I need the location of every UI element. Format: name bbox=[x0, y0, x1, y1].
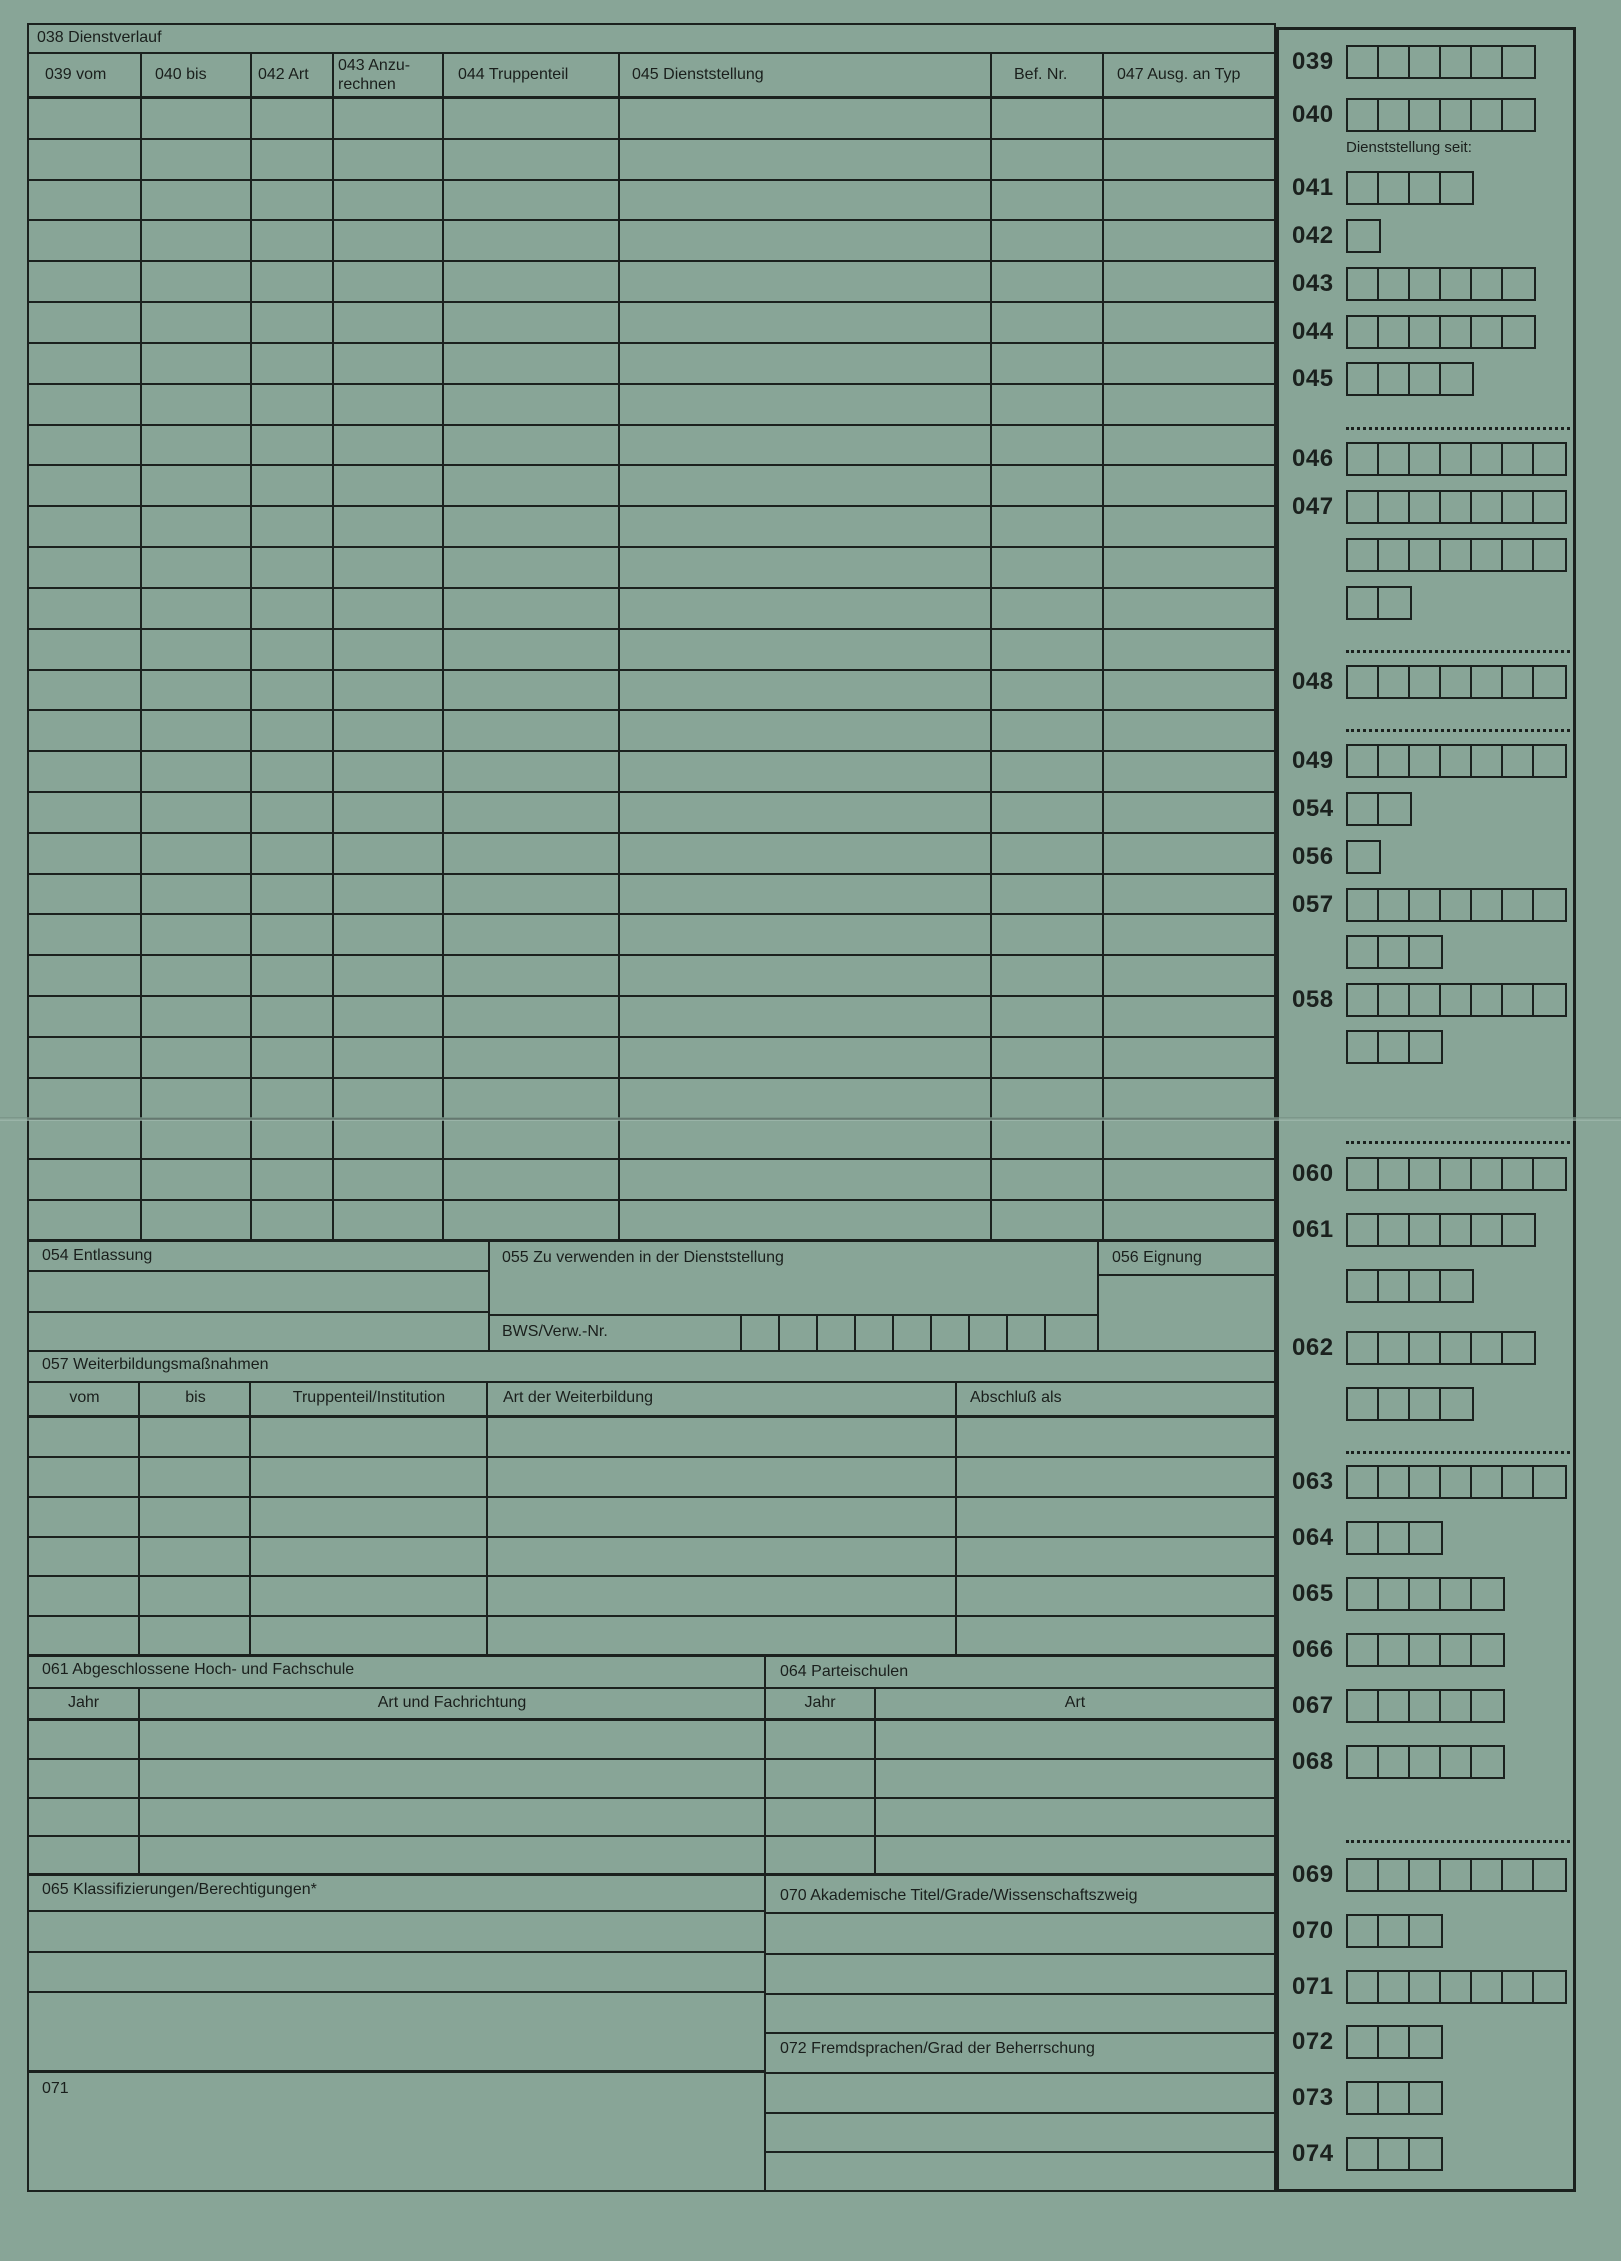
digit-cell[interactable] bbox=[1534, 1972, 1565, 2002]
code-044-cells[interactable] bbox=[1346, 315, 1536, 349]
row-line bbox=[27, 873, 1276, 875]
digit-cell[interactable] bbox=[1379, 1860, 1410, 1890]
entlassung-title: 054 Entlassung bbox=[42, 1248, 152, 1264]
field-code-048: 048 bbox=[1292, 668, 1334, 696]
col-line bbox=[250, 52, 252, 1240]
digit-cell[interactable] bbox=[1503, 492, 1534, 522]
bws-digit-cell[interactable] bbox=[740, 1314, 778, 1352]
code-048-cells[interactable] bbox=[1346, 665, 1567, 699]
digit-cell[interactable] bbox=[1441, 1747, 1472, 1777]
field-code-070: 070 bbox=[1292, 1917, 1334, 1945]
digit-cell[interactable] bbox=[1441, 173, 1472, 203]
digit-cell[interactable] bbox=[1410, 1271, 1441, 1301]
digit-cell[interactable] bbox=[1348, 1159, 1379, 1189]
digit-cell[interactable] bbox=[1472, 1747, 1503, 1777]
bws-digit-cell[interactable] bbox=[1006, 1314, 1044, 1352]
digit-cell[interactable] bbox=[1410, 2139, 1441, 2169]
digit-cell[interactable] bbox=[1441, 100, 1472, 130]
bws-digit-cell[interactable] bbox=[930, 1314, 968, 1352]
digit-cell[interactable] bbox=[1348, 1579, 1379, 1609]
digit-cell[interactable] bbox=[1534, 540, 1565, 570]
digit-cell[interactable] bbox=[1472, 540, 1503, 570]
digit-cell[interactable] bbox=[1348, 173, 1379, 203]
fremdsprachen-field-1[interactable] bbox=[766, 2074, 1274, 2111]
digit-cell[interactable] bbox=[1410, 1523, 1441, 1553]
col-line bbox=[140, 52, 142, 1240]
digit-cell[interactable] bbox=[1348, 1215, 1379, 1245]
digit-cell[interactable] bbox=[1348, 221, 1379, 251]
code-058-cells[interactable] bbox=[1346, 983, 1567, 1017]
digit-cell[interactable] bbox=[1348, 269, 1379, 299]
code-065-cells[interactable] bbox=[1346, 1577, 1505, 1611]
entlassung-field-1[interactable] bbox=[29, 1272, 486, 1310]
digit-cell[interactable] bbox=[1348, 47, 1379, 77]
code-046-cells[interactable] bbox=[1346, 442, 1567, 476]
digit-cell[interactable] bbox=[1379, 1271, 1410, 1301]
code-056-cells[interactable] bbox=[1346, 840, 1381, 874]
digit-cell[interactable] bbox=[1410, 667, 1441, 697]
digit-cell[interactable] bbox=[1379, 444, 1410, 474]
digit-cell[interactable] bbox=[1503, 1159, 1534, 1189]
digit-cell[interactable] bbox=[1348, 1635, 1379, 1665]
code-061-cells[interactable] bbox=[1346, 1213, 1536, 1247]
digit-cell[interactable] bbox=[1472, 1972, 1503, 2002]
digit-cell[interactable] bbox=[1534, 492, 1565, 522]
weiterbildung-title: 057 Weiterbildungsmaßnahmen bbox=[42, 1357, 269, 1373]
code-068-cells[interactable] bbox=[1346, 1745, 1505, 1779]
digit-cell[interactable] bbox=[1410, 985, 1441, 1015]
code-060-cells[interactable] bbox=[1346, 1157, 1567, 1191]
row-line bbox=[27, 219, 1276, 221]
digit-cell[interactable] bbox=[1534, 746, 1565, 776]
parteischulen-title: 064 Parteischulen bbox=[780, 1664, 908, 1680]
field-code-049: 049 bbox=[1292, 747, 1334, 775]
digit-cell[interactable] bbox=[1379, 588, 1410, 618]
col-header-bef-nr: Bef. Nr. bbox=[1014, 67, 1067, 83]
digit-cell[interactable] bbox=[1472, 1467, 1503, 1497]
digit-cell[interactable] bbox=[1441, 317, 1472, 347]
digit-cell[interactable] bbox=[1348, 746, 1379, 776]
digit-cell[interactable] bbox=[1410, 746, 1441, 776]
digit-cell[interactable] bbox=[1348, 985, 1379, 1015]
digit-cell[interactable] bbox=[1410, 2083, 1441, 2113]
digit-cell[interactable] bbox=[1472, 1860, 1503, 1890]
digit-cell[interactable] bbox=[1379, 173, 1410, 203]
digit-cell[interactable] bbox=[1348, 317, 1379, 347]
digit-cell[interactable] bbox=[1410, 1215, 1441, 1245]
digit-cell[interactable] bbox=[1348, 1860, 1379, 1890]
code-057-cells[interactable] bbox=[1346, 888, 1567, 922]
digit-cell[interactable] bbox=[1379, 1972, 1410, 2002]
digit-cell[interactable] bbox=[1503, 746, 1534, 776]
digit-cell[interactable] bbox=[1503, 890, 1534, 920]
digit-cell[interactable] bbox=[1410, 1467, 1441, 1497]
digit-cell[interactable] bbox=[1379, 492, 1410, 522]
digit-cell[interactable] bbox=[1379, 364, 1410, 394]
divider bbox=[764, 2032, 1276, 2034]
code-047-cells[interactable] bbox=[1346, 490, 1567, 524]
code-061-cells[interactable] bbox=[1346, 1269, 1474, 1303]
dienststellung-seit-label: Dienststellung seit: bbox=[1346, 140, 1472, 155]
digit-cell[interactable] bbox=[1472, 47, 1503, 77]
digit-cell[interactable] bbox=[1472, 444, 1503, 474]
hs-col-jahr: Jahr bbox=[29, 1695, 138, 1711]
digit-cell[interactable] bbox=[1379, 2139, 1410, 2169]
digit-cell[interactable] bbox=[1534, 667, 1565, 697]
klassifizierungen-title: 065 Klassifizierungen/Berechtigungen* bbox=[42, 1882, 317, 1898]
digit-cell[interactable] bbox=[1503, 1860, 1534, 1890]
digit-cell[interactable] bbox=[1534, 444, 1565, 474]
digit-cell[interactable] bbox=[1472, 1579, 1503, 1609]
digit-cell[interactable] bbox=[1441, 1215, 1472, 1245]
digit-cell[interactable] bbox=[1410, 269, 1441, 299]
digit-cell[interactable] bbox=[1441, 1159, 1472, 1189]
klassifizierungen-field-1[interactable] bbox=[29, 1912, 762, 1950]
digit-cell[interactable] bbox=[1441, 890, 1472, 920]
digit-cell[interactable] bbox=[1472, 1215, 1503, 1245]
digit-cell[interactable] bbox=[1472, 317, 1503, 347]
digit-cell[interactable] bbox=[1410, 1579, 1441, 1609]
digit-cell[interactable] bbox=[1410, 1159, 1441, 1189]
digit-cell[interactable] bbox=[1348, 540, 1379, 570]
digit-cell[interactable] bbox=[1348, 100, 1379, 130]
digit-cell[interactable] bbox=[1348, 2083, 1379, 2113]
code-041-cells[interactable] bbox=[1346, 171, 1474, 205]
digit-cell[interactable] bbox=[1441, 47, 1472, 77]
row-line bbox=[27, 832, 1276, 834]
digit-cell[interactable] bbox=[1503, 1972, 1534, 2002]
digit-cell[interactable] bbox=[1410, 540, 1441, 570]
digit-cell[interactable] bbox=[1441, 1635, 1472, 1665]
code-047-cells[interactable] bbox=[1346, 538, 1567, 572]
digit-cell[interactable] bbox=[1503, 667, 1534, 697]
row-line bbox=[27, 750, 1276, 752]
code-073-cells[interactable] bbox=[1346, 2081, 1443, 2115]
digit-cell[interactable] bbox=[1472, 1333, 1503, 1363]
entlassung-field-2[interactable] bbox=[29, 1313, 486, 1351]
digit-cell[interactable] bbox=[1348, 2139, 1379, 2169]
row-line bbox=[27, 628, 1276, 630]
field-code-065: 065 bbox=[1292, 1580, 1334, 1608]
digit-cell[interactable] bbox=[1410, 173, 1441, 203]
col-line bbox=[1102, 52, 1104, 1240]
digit-cell[interactable] bbox=[1379, 890, 1410, 920]
col-header-ausg-an-typ: 047 Ausg. an Typ bbox=[1117, 67, 1240, 83]
code-063-cells[interactable] bbox=[1346, 1465, 1567, 1499]
digit-cell[interactable] bbox=[1379, 1389, 1410, 1419]
digit-cell[interactable] bbox=[1379, 1032, 1410, 1062]
col-line bbox=[442, 52, 444, 1240]
digit-cell[interactable] bbox=[1410, 890, 1441, 920]
klassifizierungen-field-3[interactable] bbox=[29, 1993, 762, 2029]
col-line bbox=[618, 52, 620, 1240]
wb-col-bis: bis bbox=[141, 1390, 250, 1406]
digit-cell[interactable] bbox=[1441, 1389, 1472, 1419]
digit-cell[interactable] bbox=[1410, 1032, 1441, 1062]
bws-digit-cell[interactable] bbox=[778, 1314, 816, 1352]
row-line bbox=[27, 342, 1276, 344]
row-line bbox=[27, 1575, 1276, 1577]
digit-cell[interactable] bbox=[1379, 667, 1410, 697]
digit-cell[interactable] bbox=[1503, 269, 1534, 299]
col-header-vom: 039 vom bbox=[45, 67, 106, 83]
digit-cell[interactable] bbox=[1379, 317, 1410, 347]
digit-cell[interactable] bbox=[1472, 1691, 1503, 1721]
digit-cell[interactable] bbox=[1348, 444, 1379, 474]
digit-cell[interactable] bbox=[1441, 492, 1472, 522]
digit-cell[interactable] bbox=[1441, 364, 1472, 394]
digit-cell[interactable] bbox=[1348, 937, 1379, 967]
digit-cell[interactable] bbox=[1348, 1972, 1379, 2002]
field-code-062: 062 bbox=[1292, 1334, 1334, 1362]
digit-cell[interactable] bbox=[1441, 1467, 1472, 1497]
digit-cell[interactable] bbox=[1348, 1032, 1379, 1062]
digit-cell[interactable] bbox=[1410, 937, 1441, 967]
digit-cell[interactable] bbox=[1379, 47, 1410, 77]
code-067-cells[interactable] bbox=[1346, 1689, 1505, 1723]
digit-cell[interactable] bbox=[1410, 1333, 1441, 1363]
digit-cell[interactable] bbox=[1410, 492, 1441, 522]
code-043-cells[interactable] bbox=[1346, 267, 1536, 301]
col-header-art: 042 Art bbox=[258, 67, 309, 83]
digit-cell[interactable] bbox=[1441, 1271, 1472, 1301]
code-047-cells[interactable] bbox=[1346, 586, 1412, 620]
code-054-cells[interactable] bbox=[1346, 792, 1412, 826]
digit-cell[interactable] bbox=[1379, 937, 1410, 967]
field-code-074: 074 bbox=[1292, 2140, 1334, 2168]
row-line bbox=[27, 1536, 1276, 1538]
col-header-anzurechnen-1: 043 Anzu- bbox=[338, 58, 410, 74]
digit-cell[interactable] bbox=[1534, 1860, 1565, 1890]
code-040-cells[interactable] bbox=[1346, 98, 1536, 132]
digit-cell[interactable] bbox=[1379, 1333, 1410, 1363]
dienststellung-title: 055 Zu verwenden in der Dienststellung bbox=[502, 1250, 784, 1266]
digit-cell[interactable] bbox=[1379, 1215, 1410, 1245]
digit-cell[interactable] bbox=[1348, 1389, 1379, 1419]
code-064-cells[interactable] bbox=[1346, 1521, 1443, 1555]
bws-digit-cell[interactable] bbox=[1044, 1314, 1082, 1352]
divider bbox=[27, 1381, 1276, 1383]
digit-cell[interactable] bbox=[1472, 269, 1503, 299]
digit-cell[interactable] bbox=[1348, 1271, 1379, 1301]
digit-cell[interactable] bbox=[1348, 2027, 1379, 2057]
row-line bbox=[27, 260, 1276, 262]
digit-cell[interactable] bbox=[1348, 1333, 1379, 1363]
digit-cell[interactable] bbox=[1410, 1972, 1441, 2002]
digit-cell[interactable] bbox=[1410, 1916, 1441, 1946]
code-070-cells[interactable] bbox=[1346, 1914, 1443, 1948]
digit-cell[interactable] bbox=[1348, 588, 1379, 618]
digit-cell[interactable] bbox=[1534, 985, 1565, 1015]
dotted-separator bbox=[1346, 650, 1576, 653]
digit-cell[interactable] bbox=[1472, 746, 1503, 776]
digit-cell[interactable] bbox=[1441, 1860, 1472, 1890]
code-062-cells[interactable] bbox=[1346, 1387, 1474, 1421]
digit-cell[interactable] bbox=[1379, 746, 1410, 776]
digit-cell[interactable] bbox=[1410, 47, 1441, 77]
akademische-titel-field-3[interactable] bbox=[766, 1995, 1274, 2031]
digit-cell[interactable] bbox=[1503, 100, 1534, 130]
digit-cell[interactable] bbox=[1348, 1916, 1379, 1946]
digit-cell[interactable] bbox=[1441, 540, 1472, 570]
code-062-cells[interactable] bbox=[1346, 1331, 1536, 1365]
code-074-cells[interactable] bbox=[1346, 2137, 1443, 2171]
field-code-067: 067 bbox=[1292, 1692, 1334, 1720]
col-header-anzurechnen-2: rechnen bbox=[338, 77, 396, 93]
bws-digit-cell[interactable] bbox=[816, 1314, 854, 1352]
field-code-044: 044 bbox=[1292, 318, 1334, 346]
digit-cell[interactable] bbox=[1410, 2027, 1441, 2057]
row-line bbox=[27, 1158, 1276, 1160]
digit-cell[interactable] bbox=[1379, 2083, 1410, 2113]
code-042-cells[interactable] bbox=[1346, 219, 1381, 253]
bws-digit-cell[interactable] bbox=[892, 1314, 930, 1352]
digit-cell[interactable] bbox=[1472, 492, 1503, 522]
digit-cell[interactable] bbox=[1410, 1635, 1441, 1665]
field-code-069: 069 bbox=[1292, 1861, 1334, 1889]
digit-cell[interactable] bbox=[1379, 1467, 1410, 1497]
code-072-cells[interactable] bbox=[1346, 2025, 1443, 2059]
akademische-titel-field-2[interactable] bbox=[766, 1955, 1274, 1992]
digit-cell[interactable] bbox=[1441, 985, 1472, 1015]
digit-cell[interactable] bbox=[1379, 1691, 1410, 1721]
digit-cell[interactable] bbox=[1348, 364, 1379, 394]
digit-cell[interactable] bbox=[1410, 444, 1441, 474]
eignung-field[interactable] bbox=[1099, 1276, 1274, 1350]
field-code-061: 061 bbox=[1292, 1216, 1334, 1244]
digit-cell[interactable] bbox=[1379, 2027, 1410, 2057]
divider bbox=[27, 52, 1276, 54]
digit-cell[interactable] bbox=[1379, 1635, 1410, 1665]
digit-cell[interactable] bbox=[1503, 985, 1534, 1015]
digit-cell[interactable] bbox=[1379, 985, 1410, 1015]
digit-cell[interactable] bbox=[1441, 746, 1472, 776]
digit-cell[interactable] bbox=[1379, 269, 1410, 299]
digit-cell[interactable] bbox=[1410, 1691, 1441, 1721]
digit-cell[interactable] bbox=[1441, 1972, 1472, 2002]
row-line bbox=[27, 1199, 1276, 1201]
digit-cell[interactable] bbox=[1441, 269, 1472, 299]
dienststellung-field[interactable] bbox=[490, 1272, 1094, 1310]
digit-cell[interactable] bbox=[1379, 540, 1410, 570]
row-line bbox=[27, 179, 1276, 181]
field-code-039: 039 bbox=[1292, 48, 1334, 76]
bws-digit-cell[interactable] bbox=[854, 1314, 892, 1352]
digit-cell[interactable] bbox=[1503, 1467, 1534, 1497]
digit-cell[interactable] bbox=[1503, 1333, 1534, 1363]
dotted-separator bbox=[1346, 427, 1576, 430]
digit-cell[interactable] bbox=[1534, 1467, 1565, 1497]
code-066-cells[interactable] bbox=[1346, 1633, 1505, 1667]
digit-cell[interactable] bbox=[1534, 890, 1565, 920]
row-line bbox=[27, 791, 1276, 793]
row-line bbox=[27, 587, 1276, 589]
digit-cell[interactable] bbox=[1410, 1860, 1441, 1890]
digit-cell[interactable] bbox=[1348, 842, 1379, 872]
digit-cell[interactable] bbox=[1503, 1215, 1534, 1245]
header-divider bbox=[27, 96, 1276, 99]
field-code-057: 057 bbox=[1292, 891, 1334, 919]
bws-digit-cell[interactable] bbox=[968, 1314, 1006, 1352]
digit-cell[interactable] bbox=[1441, 444, 1472, 474]
fold-crease bbox=[0, 1117, 1621, 1121]
code-058-cells[interactable] bbox=[1346, 1030, 1443, 1064]
digit-cell[interactable] bbox=[1379, 100, 1410, 130]
field-code-068: 068 bbox=[1292, 1748, 1334, 1776]
eignung-title: 056 Eignung bbox=[1112, 1250, 1202, 1266]
digit-cell[interactable] bbox=[1503, 540, 1534, 570]
digit-cell[interactable] bbox=[1348, 1691, 1379, 1721]
digit-cell[interactable] bbox=[1379, 1579, 1410, 1609]
row-line bbox=[27, 505, 1276, 507]
digit-cell[interactable] bbox=[1503, 47, 1534, 77]
digit-cell[interactable] bbox=[1472, 100, 1503, 130]
code-069-cells[interactable] bbox=[1346, 1858, 1567, 1892]
klassifizierungen-field-2[interactable] bbox=[29, 1953, 762, 1991]
digit-cell[interactable] bbox=[1472, 667, 1503, 697]
digit-cell[interactable] bbox=[1410, 364, 1441, 394]
digit-cell[interactable] bbox=[1379, 1159, 1410, 1189]
digit-cell[interactable] bbox=[1472, 1159, 1503, 1189]
digit-cell[interactable] bbox=[1472, 985, 1503, 1015]
digit-cell[interactable] bbox=[1410, 317, 1441, 347]
digit-cell[interactable] bbox=[1379, 1916, 1410, 1946]
digit-cell[interactable] bbox=[1472, 1635, 1503, 1665]
digit-cell[interactable] bbox=[1441, 1579, 1472, 1609]
digit-cell[interactable] bbox=[1348, 890, 1379, 920]
code-049-cells[interactable] bbox=[1346, 744, 1567, 778]
code-045-cells[interactable] bbox=[1346, 362, 1474, 396]
code-071-cells[interactable] bbox=[1346, 1970, 1567, 2004]
digit-cell[interactable] bbox=[1348, 492, 1379, 522]
dotted-separator bbox=[1346, 1141, 1576, 1144]
row-line bbox=[27, 995, 1276, 997]
akademische-titel-field-1[interactable] bbox=[766, 1914, 1274, 1951]
digit-cell[interactable] bbox=[1441, 1691, 1472, 1721]
digit-cell[interactable] bbox=[1410, 100, 1441, 130]
code-039-cells[interactable] bbox=[1346, 45, 1536, 79]
digit-cell[interactable] bbox=[1410, 1389, 1441, 1419]
digit-cell[interactable] bbox=[1472, 890, 1503, 920]
field-code-054: 054 bbox=[1292, 795, 1334, 823]
field-code-072: 072 bbox=[1292, 2028, 1334, 2056]
digit-cell[interactable] bbox=[1379, 794, 1410, 824]
digit-cell[interactable] bbox=[1348, 794, 1379, 824]
digit-cell[interactable] bbox=[1348, 667, 1379, 697]
digit-cell[interactable] bbox=[1379, 1747, 1410, 1777]
header-divider bbox=[27, 1718, 1276, 1721]
row-line bbox=[27, 1758, 1276, 1760]
digit-cell[interactable] bbox=[1503, 317, 1534, 347]
digit-cell[interactable] bbox=[1441, 667, 1472, 697]
digit-cell[interactable] bbox=[1348, 1467, 1379, 1497]
code-057-cells[interactable] bbox=[1346, 935, 1443, 969]
feld-071-field[interactable] bbox=[29, 2073, 762, 2190]
field-code-064: 064 bbox=[1292, 1524, 1334, 1552]
digit-cell[interactable] bbox=[1503, 444, 1534, 474]
digit-cell[interactable] bbox=[1534, 1159, 1565, 1189]
digit-cell[interactable] bbox=[1441, 1333, 1472, 1363]
fremdsprachen-field-2[interactable] bbox=[766, 2114, 1274, 2150]
digit-cell[interactable] bbox=[1379, 1523, 1410, 1553]
fremdsprachen-field-3[interactable] bbox=[766, 2153, 1274, 2190]
digit-cell[interactable] bbox=[1348, 1523, 1379, 1553]
row-line bbox=[27, 138, 1276, 140]
bws-number-cells[interactable] bbox=[740, 1314, 1082, 1352]
digit-cell[interactable] bbox=[1410, 1747, 1441, 1777]
digit-cell[interactable] bbox=[1348, 1747, 1379, 1777]
row-line bbox=[27, 913, 1276, 915]
